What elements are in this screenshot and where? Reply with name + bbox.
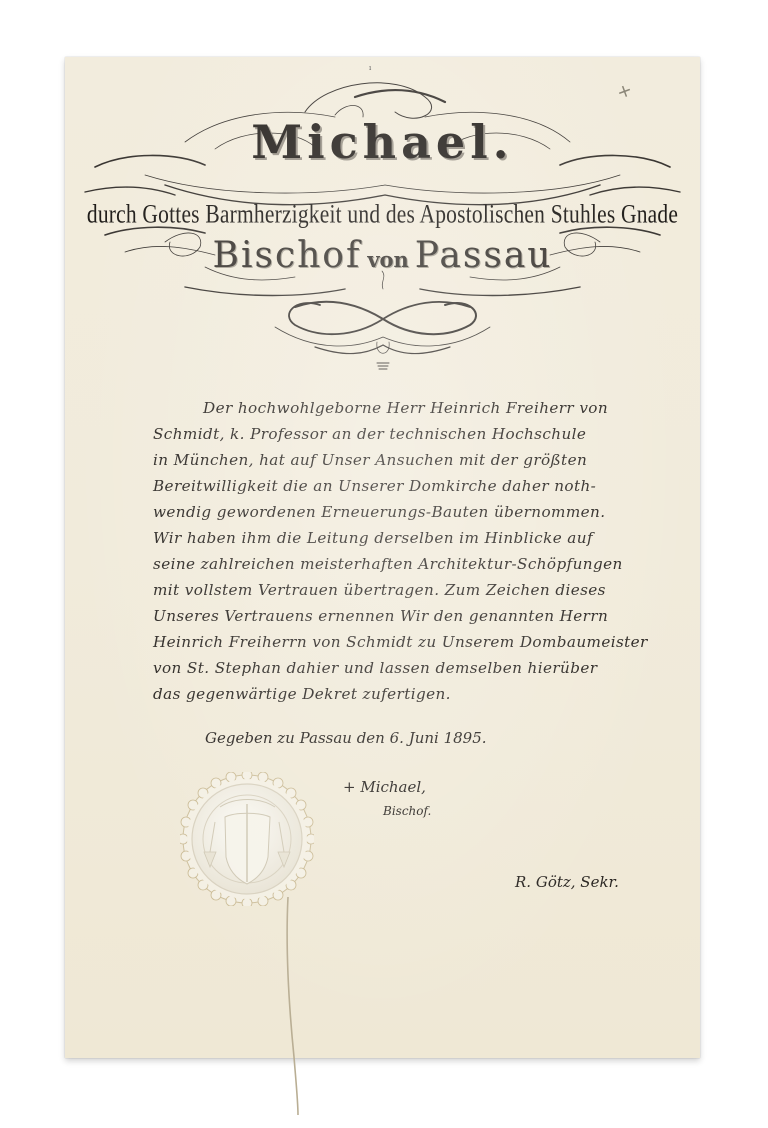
- see-name: Passau: [415, 235, 553, 276]
- body-line: wendig gewordenen Erneuerungs-Bauten übe…: [153, 499, 673, 525]
- document-paper: + ı: [65, 57, 700, 1058]
- bishop-title: BischofvonPassau: [65, 235, 700, 276]
- title-subline: durch Gottes Barmherzigkeit und des Apos…: [65, 199, 700, 230]
- bishop-name-heading: Michael.: [65, 115, 700, 169]
- body-line: von St. Stephan dahier und lassen demsel…: [153, 655, 673, 681]
- seal-string-icon: [280, 897, 310, 1117]
- body-line: mit vollstem Vertrauen übertragen. Zum Z…: [153, 577, 673, 603]
- document-header: Michael. durch Gottes Barmherzigkeit und…: [65, 57, 700, 377]
- bishop-signature: + Michael,: [343, 778, 426, 796]
- bishop-word: Bischof: [213, 235, 362, 276]
- given-date-line: Gegeben zu Passau den 6. Juni 1895.: [205, 729, 487, 747]
- body-line: in München, hat auf Unser Ansuchen mit d…: [153, 447, 673, 473]
- body-line: Bereitwilligkeit die an Unserer Domkirch…: [153, 473, 673, 499]
- body-line: Unseres Vertrauens ernennen Wir den gena…: [153, 603, 673, 629]
- body-line: Wir haben ihm die Leitung derselben im H…: [153, 525, 673, 551]
- body-line: das gegenwärtige Dekret zufertigen.: [153, 681, 673, 707]
- von-word: von: [367, 247, 408, 272]
- body-line: Heinrich Freiherrn von Schmidt zu Unsere…: [153, 629, 673, 655]
- body-line: Schmidt, k. Professor an der technischen…: [153, 421, 673, 447]
- wax-seal-icon: [180, 772, 314, 906]
- body-line: Der hochwohlgeborne Herr Heinrich Freihe…: [153, 395, 673, 421]
- body-line: seine zahlreichen meisterhaften Architek…: [153, 551, 673, 577]
- bishop-signature-title: Bischof.: [383, 804, 431, 818]
- secretary-signature: R. Götz, Sekr.: [515, 873, 619, 891]
- decree-body: Der hochwohlgeborne Herr Heinrich Freihe…: [153, 395, 673, 707]
